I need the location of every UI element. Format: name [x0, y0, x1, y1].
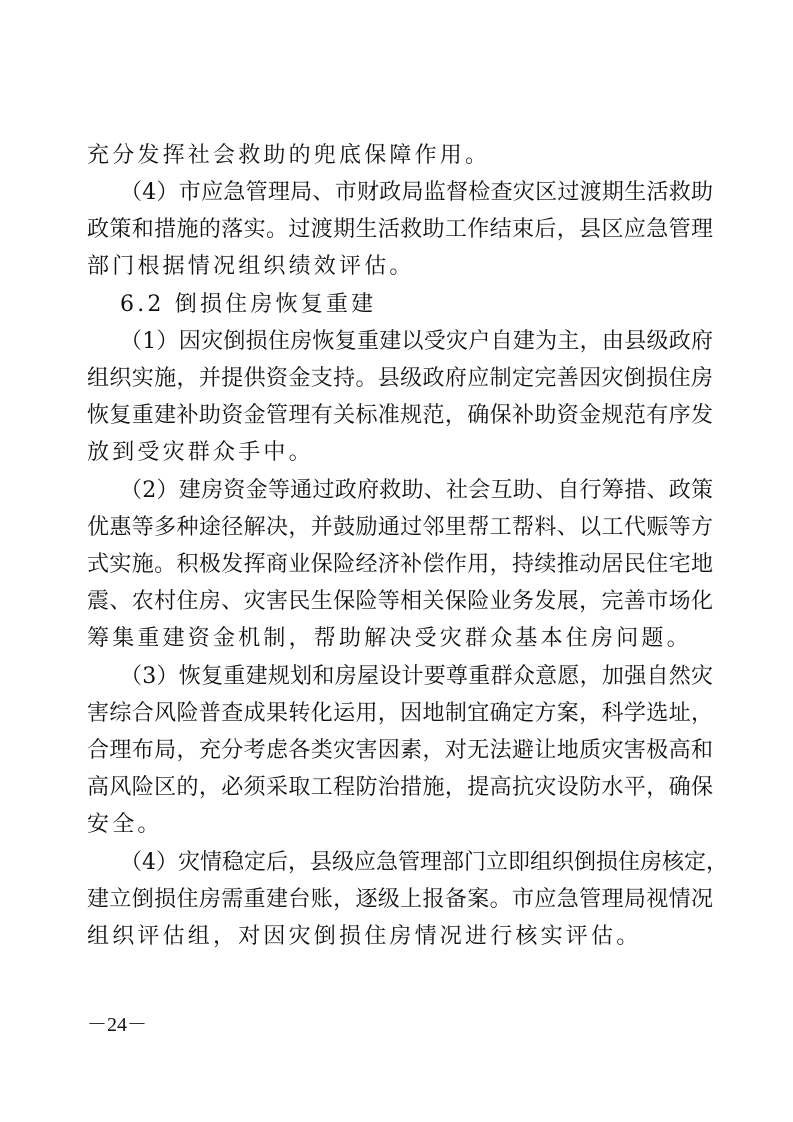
- paragraph-4-start: （4）市应急管理局、市财政局监督检查灾区过渡期生活救助: [120, 178, 713, 208]
- document-page: 充分发挥社会救助的兜底保障作用。 （4）市应急管理局、市财政局监督检查灾区过渡期…: [0, 0, 793, 1122]
- paragraph-3-start: （3）恢复重建规划和房屋设计要尊重群众意愿，加强自然灾: [120, 662, 713, 692]
- body-text-line: 部门根据情况组织绩效评估。: [87, 252, 713, 282]
- paragraph-2-start: （2）建房资金等通过政府救助、社会互助、自行筹措、政策: [120, 476, 713, 506]
- body-text-line: 充分发挥社会救助的兜底保障作用。: [87, 141, 713, 171]
- body-text-line: 建立倒损住房需重建台账，逐级上报备案。市应急管理局视情况: [87, 885, 713, 915]
- paragraph-4b-start: （4）灾情稳定后，县级应急管理部门立即组织倒损住房核定，: [120, 848, 713, 878]
- page-number: －24－: [87, 1012, 147, 1038]
- paragraph-1-start: （1）因灾倒损住房恢复重建以受灾户自建为主，由县级政府: [120, 327, 713, 357]
- body-text-line: 安全。: [87, 810, 713, 840]
- body-text-line: 恢复重建补助资金管理有关标准规范，确保补助资金规范有序发: [87, 401, 713, 431]
- body-text-line: 合理布局，充分考虑各类灾害因素，对无法避让地质灾害极高和: [87, 736, 713, 766]
- body-text-line: 式实施。积极发挥商业保险经济补偿作用，持续推动居民住宅地: [87, 550, 713, 580]
- body-text-line: 组织评估组，对因灾倒损住房情况进行核实评估。: [87, 922, 713, 952]
- body-text-line: 高风险区的，必须采取工程防治措施，提高抗灾设防水平，确保: [87, 773, 713, 803]
- body-text-line: 组织实施，并提供资金支持。县级政府应制定完善因灾倒损住房: [87, 364, 713, 394]
- body-text-line: 震、农村住房、灾害民生保险等相关保险业务发展，完善市场化: [87, 587, 713, 617]
- body-text-line: 害综合风险普查成果转化运用，因地制宜确定方案，科学选址，: [87, 699, 713, 729]
- body-text-line: 优惠等多种途径解决，并鼓励通过邻里帮工帮料、以工代赈等方: [87, 513, 713, 543]
- body-text-line: 放到受灾群众手中。: [87, 438, 713, 468]
- section-heading: 6.2 倒损住房恢复重建: [120, 290, 713, 320]
- body-text-line: 筹集重建资金机制，帮助解决受灾群众基本住房问题。: [87, 624, 713, 654]
- body-text-line: 政策和措施的落实。过渡期生活救助工作结束后，县区应急管理: [87, 215, 713, 245]
